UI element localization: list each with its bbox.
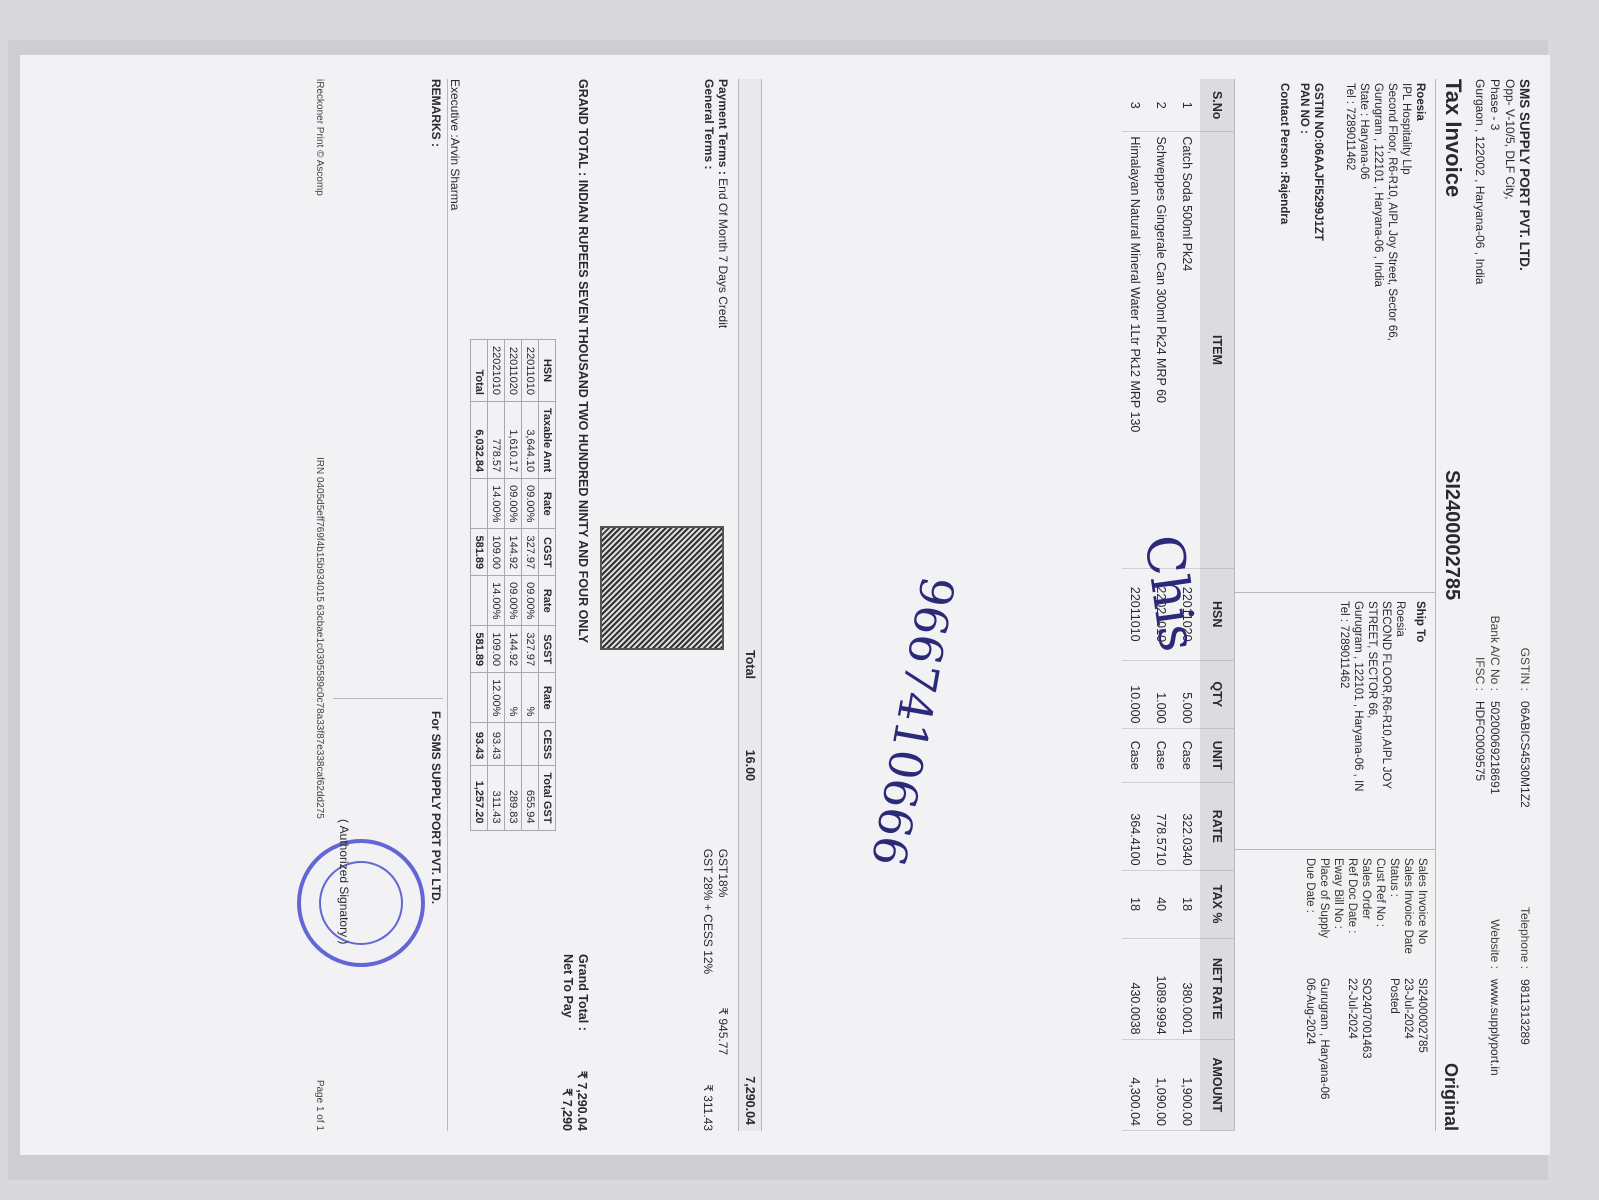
- seller-name: SMS SUPPLY PORT PVT. LTD.: [1517, 79, 1532, 599]
- gst-cell: 93.43: [488, 723, 505, 766]
- ship-to-line: Roesia: [1393, 601, 1407, 841]
- gst-total-row: Total6,032.84581.89581.8993.431,257.20: [471, 340, 488, 831]
- meta-value: SO2407001463: [1359, 978, 1373, 1059]
- gst-cell: 09.00%: [505, 576, 522, 626]
- table-cell: 322.0340: [1174, 783, 1200, 870]
- terms-section: Payment Terms : End Of Month 7 Days Cred…: [600, 79, 730, 1131]
- meta-key: Eway Bill No :: [1331, 858, 1345, 978]
- for-company: For SMS SUPPLY PORT PVT. LTD.: [429, 711, 443, 1131]
- ship-to-line: SECOND FLOOR,R6-R10,AIPL JOY: [1379, 601, 1393, 841]
- table-cell: 2: [1148, 79, 1174, 132]
- meta-key: Status :: [1387, 858, 1401, 978]
- tax-note-label: GST 28% + CESS 12%: [700, 849, 715, 975]
- parties-section: Roesia IPL Hospitality Llp Second Floor,…: [1234, 79, 1435, 1131]
- table-cell: 380.0001: [1174, 938, 1200, 1039]
- invoice-number: SI2400002785: [1440, 470, 1463, 600]
- gst-total-cell: 581.89: [471, 626, 488, 673]
- gst-column-header: Total GST: [539, 766, 556, 830]
- table-cell: Catch Soda 500ml Pk24: [1174, 132, 1200, 568]
- column-header: ITEM: [1200, 132, 1234, 568]
- remarks-label: REMARKS :: [333, 79, 443, 147]
- seller-address-1: Opp- V-10/5, DLF City,: [1502, 79, 1517, 599]
- table-cell: Himalayan Natural Mineral Water 1Ltr Pk1…: [1122, 132, 1148, 568]
- column-header: NET RATE: [1200, 938, 1234, 1039]
- column-header: TAX %: [1200, 870, 1234, 938]
- column-header: UNIT: [1200, 728, 1234, 783]
- net-pay-label: Net To Pay: [560, 954, 575, 1018]
- gst-column-header: Rate: [539, 673, 556, 723]
- gst-cell: 144.92: [505, 529, 522, 576]
- bill-to-contact: Contact Person :Rajendra: [1277, 83, 1291, 588]
- gst-cell: 778.57: [488, 401, 505, 478]
- table-cell: Case: [1122, 728, 1148, 783]
- gst-column-header: CGST: [539, 529, 556, 576]
- meta-row: Status :Posted: [1387, 858, 1401, 1123]
- tax-note-value: ₹ 311.43: [700, 1084, 715, 1131]
- gst-column-header: Rate: [539, 576, 556, 626]
- gst-cell: 289.83: [505, 766, 522, 830]
- ifsc-label: IFSC :: [1472, 599, 1487, 701]
- meta-row: Cust Ref No :: [1373, 858, 1387, 1123]
- tax-notes: GST18%₹ 945.77 GST 28% + CESS 12%₹ 311.4…: [600, 849, 730, 1131]
- net-pay: ₹ 7,290: [560, 1088, 575, 1131]
- bill-to-pan: PAN NO :: [1297, 83, 1311, 588]
- gst-cell: 09.00%: [522, 479, 539, 529]
- document-title: Tax Invoice: [1440, 79, 1466, 197]
- table-cell: 430.0038: [1122, 938, 1148, 1039]
- gst-cell: 655.94: [522, 766, 539, 830]
- authorized-signatory: ( Authorized Signatory ): [337, 819, 351, 944]
- gst-cell: [505, 723, 522, 766]
- column-header: RATE: [1200, 783, 1234, 870]
- gst-cell: 3,644.10: [522, 401, 539, 478]
- gst-column-header: HSN: [539, 340, 556, 402]
- bill-to-line: Gurugram , 122101 , Haryana-06 , India: [1371, 83, 1385, 588]
- ship-to-line: Tel : 7289011462: [1337, 601, 1351, 841]
- seller-address-2: Phase - 3: [1487, 79, 1502, 599]
- table-cell: 4,300.04: [1122, 1039, 1148, 1130]
- title-bar: Tax Invoice SI2400002785 Original: [1435, 79, 1466, 1131]
- meta-row: Eway Bill No :: [1331, 858, 1345, 1123]
- column-header: S.No: [1200, 79, 1234, 132]
- table-cell: 10.000: [1122, 660, 1148, 728]
- ship-to: Ship To Roesia SECOND FLOOR,R6-R10,AIPL …: [1235, 593, 1435, 850]
- bill-to-name: Roesia: [1413, 83, 1427, 588]
- meta-row: Ref Doc Date :22-Jul-2024: [1345, 858, 1359, 1123]
- gst-cell: 22021010: [488, 340, 505, 402]
- gst-total-cell: [471, 576, 488, 626]
- meta-row: Sales Invoice NoSI2400002785: [1415, 858, 1429, 1123]
- meta-value: 06-Aug-2024: [1303, 978, 1317, 1045]
- gst-column-header: SGST: [539, 626, 556, 673]
- gst-total-cell: [471, 673, 488, 723]
- table-cell: 1: [1174, 79, 1200, 132]
- copy-label: Original: [1440, 1063, 1461, 1131]
- irn: IRN 0405d5eff769f4b15b934015 63cbae1c039…: [314, 457, 325, 819]
- website: www.supplyport.in: [1487, 979, 1502, 1076]
- gst-total-cell: 93.43: [471, 723, 488, 766]
- invoice-meta: Sales Invoice NoSI2400002785Sales Invoic…: [1235, 850, 1435, 1131]
- gst-row: 22021010778.5714.00%109.0014.00%109.0012…: [488, 340, 505, 831]
- meta-key: Due Date :: [1303, 858, 1317, 978]
- telephone: 9811313289: [1517, 979, 1532, 1045]
- meta-row: Place of SupplyGurugram , Haryana-06: [1317, 858, 1331, 1123]
- meta-key: Sales Invoice No: [1415, 858, 1429, 978]
- qr-code: [600, 526, 724, 650]
- seller-address-3: Gurgaon , 122002 , Haryana-06 , India: [1472, 79, 1487, 599]
- gst-cell: 22011020: [505, 340, 522, 402]
- telephone-label: Telephone :: [1517, 859, 1532, 979]
- grand-total-label: Grand Total :: [575, 954, 590, 1031]
- ship-to-line: STREET, SECTOR 66,: [1365, 601, 1379, 841]
- gst-cell: 09.00%: [522, 576, 539, 626]
- gst-cell: 311.43: [488, 766, 505, 830]
- seller-gstin: 06ABICS4530M1Z2: [1517, 701, 1532, 808]
- gst-row: 220110201,610.1709.00%144.9209.00%144.92…: [505, 340, 522, 831]
- amount-in-words: GRAND TOTAL : INDIAN RUPEES SEVEN THOUSA…: [560, 79, 590, 839]
- gst-cell: 327.97: [522, 626, 539, 673]
- gst-cell: %: [522, 673, 539, 723]
- gst-cell: 09.00%: [505, 479, 522, 529]
- gst-total-cell: 1,257.20: [471, 766, 488, 830]
- ifsc-code: HDFC0009575: [1472, 701, 1487, 781]
- gst-total-cell: [471, 479, 488, 529]
- table-cell: Schweppes Gingerale Can 300ml Pk24 MRP 6…: [1148, 132, 1174, 568]
- bill-to-gstin: GSTIN NO:06AAJFI5299J1ZT: [1311, 83, 1325, 588]
- gst-total-cell: 581.89: [471, 529, 488, 576]
- bill-to-line: Tel : 7289011462: [1343, 83, 1357, 588]
- meta-row: Sales Invoice Date23-Jul-2024: [1401, 858, 1415, 1123]
- table-cell: 364.4100: [1122, 783, 1148, 870]
- payment-terms-label: Payment Terms :: [716, 79, 730, 175]
- meta-key: Place of Supply: [1317, 858, 1331, 978]
- tax-note-value: ₹ 945.77: [715, 1007, 730, 1055]
- meta-row: Sales OrderSO2407001463: [1359, 858, 1373, 1123]
- gst-column-header: CESS: [539, 723, 556, 766]
- executive: Executive :Arvin Sharma: [448, 79, 462, 1131]
- meta-key: Sales Order: [1359, 858, 1373, 978]
- payment-terms: End Of Month 7 Days Credit: [716, 178, 730, 328]
- general-terms-label: General Terms :: [702, 79, 716, 328]
- table-cell: 18: [1174, 870, 1200, 938]
- gst-cell: 1,610.17: [505, 401, 522, 478]
- column-header: AMOUNT: [1200, 1039, 1234, 1130]
- meta-value: SI2400002785: [1415, 978, 1429, 1053]
- ship-to-line: Gurugram , 122101 , Haryana-06 , IN: [1351, 601, 1365, 841]
- table-cell: Case: [1148, 728, 1174, 783]
- total-label: Total: [743, 79, 757, 691]
- gst-summary-table: HSNTaxable AmtRateCGSTRateSGSTRateCESSTo…: [470, 339, 556, 831]
- table-cell: 1,090.00: [1148, 1039, 1174, 1130]
- table-cell: 778.5710: [1148, 783, 1174, 870]
- company-stamp: [297, 839, 425, 967]
- gst-column-header: Rate: [539, 479, 556, 529]
- meta-value: Gurugram , Haryana-06: [1317, 978, 1331, 1099]
- gst-cell: 12.00%: [488, 673, 505, 723]
- meta-key: Sales Invoice Date: [1401, 858, 1415, 978]
- gst-cell: 327.97: [522, 529, 539, 576]
- gst-column-header: Taxable Amt: [539, 401, 556, 478]
- bank-account: 50200069218691: [1487, 701, 1502, 794]
- meta-row: Due Date :06-Aug-2024: [1303, 858, 1317, 1123]
- table-cell: 1.000: [1148, 660, 1174, 728]
- items-total-row: Total 16.00 7,290.04: [738, 79, 762, 1131]
- gst-row: 220110103,644.1009.00%327.9709.00%327.97…: [522, 340, 539, 831]
- page-number: Page 1 of 1: [314, 1080, 325, 1131]
- grand-total-section: GRAND TOTAL : INDIAN RUPEES SEVEN THOUSA…: [560, 79, 590, 1131]
- gst-cell: 109.00: [488, 529, 505, 576]
- website-label: Website :: [1487, 859, 1502, 979]
- signature-block: For SMS SUPPLY PORT PVT. LTD. ( Authoriz…: [333, 698, 443, 1131]
- bank-label: Bank A/C No :: [1487, 599, 1502, 701]
- total-amount: 7,290.04: [743, 781, 757, 1131]
- bill-to: Roesia IPL Hospitality Llp Second Floor,…: [1235, 79, 1435, 593]
- gst-cell: [522, 723, 539, 766]
- table-cell: 3: [1122, 79, 1148, 132]
- footer: Executive :Arvin Sharma REMARKS : For SM…: [314, 79, 462, 1131]
- total-qty: 16.00: [743, 691, 757, 781]
- table-cell: 1,900.00: [1174, 1039, 1200, 1130]
- meta-value: 22-Jul-2024: [1345, 978, 1359, 1039]
- gst-cell: 14.00%: [488, 576, 505, 626]
- gstin-label: GSTIN :: [1517, 599, 1532, 701]
- gst-cell: 22011010: [522, 340, 539, 402]
- table-cell: 5.000: [1174, 660, 1200, 728]
- gst-cell: 109.00: [488, 626, 505, 673]
- meta-key: Cust Ref No :: [1373, 858, 1387, 978]
- invoice-page: SMS SUPPLY PORT PVT. LTD. Opp- V-10/5, D…: [20, 55, 1550, 1155]
- gst-cell: %: [505, 673, 522, 723]
- table-cell: 18: [1122, 870, 1148, 938]
- table-cell: 40: [1148, 870, 1174, 938]
- grand-total: ₹ 7,290.04: [575, 1071, 590, 1131]
- gst-total-cell: Total: [471, 340, 488, 402]
- ship-to-label: Ship To: [1413, 601, 1427, 841]
- column-header: QTY: [1200, 660, 1234, 728]
- gst-cell: 144.92: [505, 626, 522, 673]
- table-cell: 1089.9994: [1148, 938, 1174, 1039]
- bill-to-line: State : Haryana-06: [1357, 83, 1371, 588]
- meta-value: 23-Jul-2024: [1401, 978, 1415, 1039]
- tax-note-label: GST18%: [715, 849, 730, 898]
- meta-value: Posted: [1387, 978, 1401, 1014]
- software-credit: iReckoner Print © Ascomp: [314, 79, 325, 196]
- meta-key: Ref Doc Date :: [1345, 858, 1359, 978]
- gst-cell: 14.00%: [488, 479, 505, 529]
- gst-total-cell: 6,032.84: [471, 401, 488, 478]
- bill-to-line: Second Floor, R6-R10, AIPL Joy Street, S…: [1385, 83, 1399, 588]
- table-cell: Case: [1174, 728, 1200, 783]
- seller-header: SMS SUPPLY PORT PVT. LTD. Opp- V-10/5, D…: [1472, 79, 1532, 1131]
- bill-to-line: IPL Hospitality Llp: [1399, 83, 1413, 588]
